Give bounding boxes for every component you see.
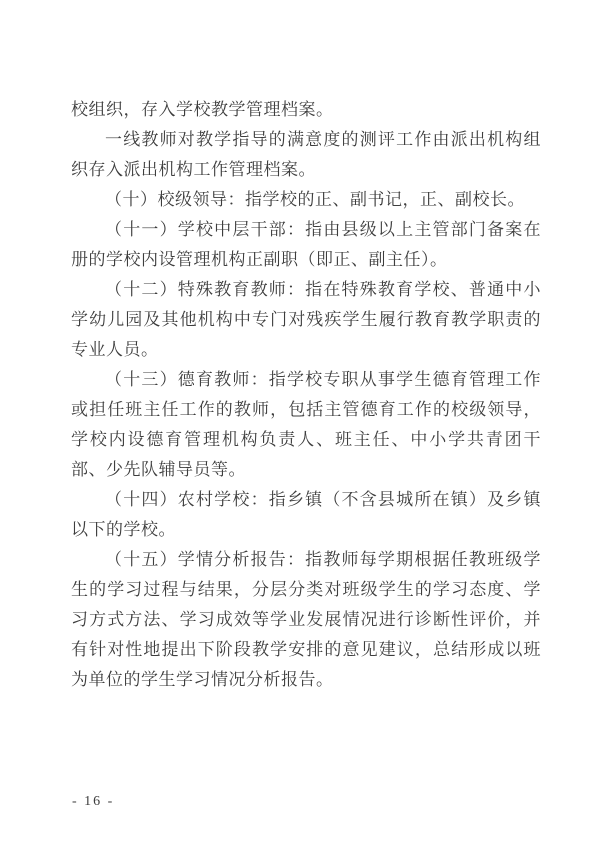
paragraph-item-10: （十）校级领导：指学校的正、副书记，正、副校长。 <box>71 185 541 215</box>
page-number: - 16 - <box>72 793 114 811</box>
paragraph-item-12: （十二）特殊教育教师：指在特殊教育学校、普通中小学幼儿园及其他机构中专门对残疾学… <box>71 275 541 365</box>
document-body: 校组织，存入学校教学管理档案。 一线教师对教学指导的满意度的测评工作由派出机构组… <box>71 95 541 695</box>
paragraph-item-11: （十一）学校中层干部：指由县级以上主管部门备案在册的学校内设管理机构正副职（即正… <box>71 215 541 275</box>
paragraph-continuation: 校组织，存入学校教学管理档案。 <box>71 95 541 125</box>
document-page: 校组织，存入学校教学管理档案。 一线教师对教学指导的满意度的测评工作由派出机构组… <box>0 0 602 856</box>
paragraph-item-14: （十四）农村学校：指乡镇（不含县城所在镇）及乡镇以下的学校。 <box>71 485 541 545</box>
paragraph-item-15: （十五）学情分析报告：指教师每学期根据任教班级学生的学习过程与结果，分层分类对班… <box>71 545 541 695</box>
paragraph-item-13: （十三）德育教师：指学校专职从事学生德育管理工作或担任班主任工作的教师，包括主管… <box>71 365 541 485</box>
paragraph: 一线教师对教学指导的满意度的测评工作由派出机构组织存入派出机构工作管理档案。 <box>71 125 541 185</box>
